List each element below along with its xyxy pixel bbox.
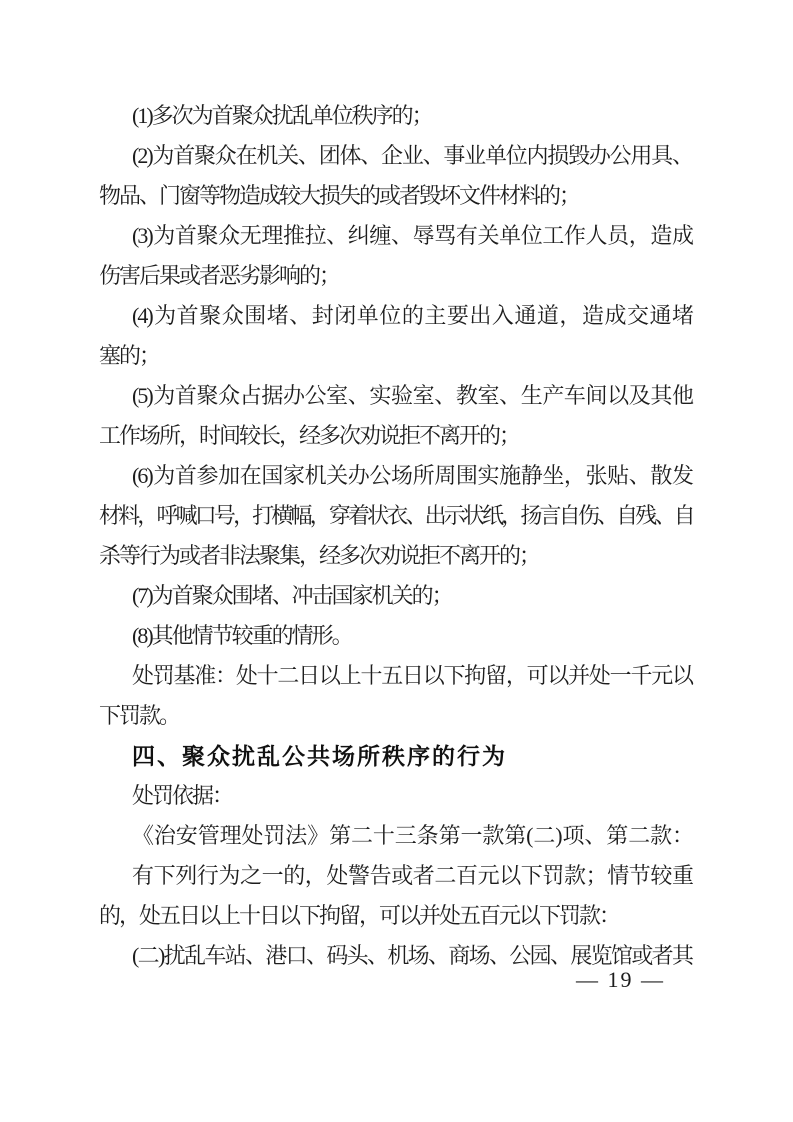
text-line: 下罚款。 [99, 696, 692, 736]
text-line: 处罚基准：处十二日以上十五日以下拘留，可以并处一千元以 [99, 656, 692, 696]
text-line: 《治安管理处罚法》第二十三条第一款第(二)项、第二款： [99, 816, 692, 856]
text-line: (2)为首聚众在机关、团体、企业、事业单位内损毁办公用具、 [99, 136, 692, 176]
text-line: 杀等行为或者非法聚集，经多次劝说拒不离开的； [99, 536, 692, 576]
text-line: (4)为首聚众围堵、封闭单位的主要出入通道，造成交通堵 [99, 296, 692, 336]
page-number: — 19 — [576, 966, 665, 994]
text-line: 物品、门窗等物造成较大损失的或者毁坏文件材料的； [99, 176, 692, 216]
text-line: 伤害后果或者恶劣影响的； [99, 256, 692, 296]
text-line: (6)为首参加在国家机关办公场所周围实施静坐，张贴、散发 [99, 456, 692, 496]
text-line: (1)多次为首聚众扰乱单位秩序的； [99, 96, 692, 136]
text-line: 有下列行为之一的，处警告或者二百元以下罚款；情节较重 [99, 856, 692, 896]
text-line: 处罚依据： [99, 776, 692, 816]
text-line: 工作场所，时间较长，经多次劝说拒不离开的； [99, 416, 692, 456]
text-line: (5)为首聚众占据办公室、实验室、教室、生产车间以及其他 [99, 376, 692, 416]
text-line: (3)为首聚众无理推拉、纠缠、辱骂有关单位工作人员，造成 [99, 216, 692, 256]
text-line: 的，处五日以上十日以下拘留，可以并处五百元以下罚款： [99, 896, 692, 936]
text-line: (7)为首聚众围堵、冲击国家机关的； [99, 576, 692, 616]
document-page: (1)多次为首聚众扰乱单位秩序的；(2)为首聚众在机关、团体、企业、事业单位内损… [0, 0, 793, 1122]
document-body: (1)多次为首聚众扰乱单位秩序的；(2)为首聚众在机关、团体、企业、事业单位内损… [99, 96, 692, 976]
section-heading: 四、聚众扰乱公共场所秩序的行为 [99, 736, 692, 776]
text-line: 塞的； [99, 336, 692, 376]
text-line: 材料，呼喊口号，打横幅，穿着状衣、出示状纸，扬言自伤、自残、自 [99, 496, 692, 536]
text-line: (8)其他情节较重的情形。 [99, 616, 692, 656]
